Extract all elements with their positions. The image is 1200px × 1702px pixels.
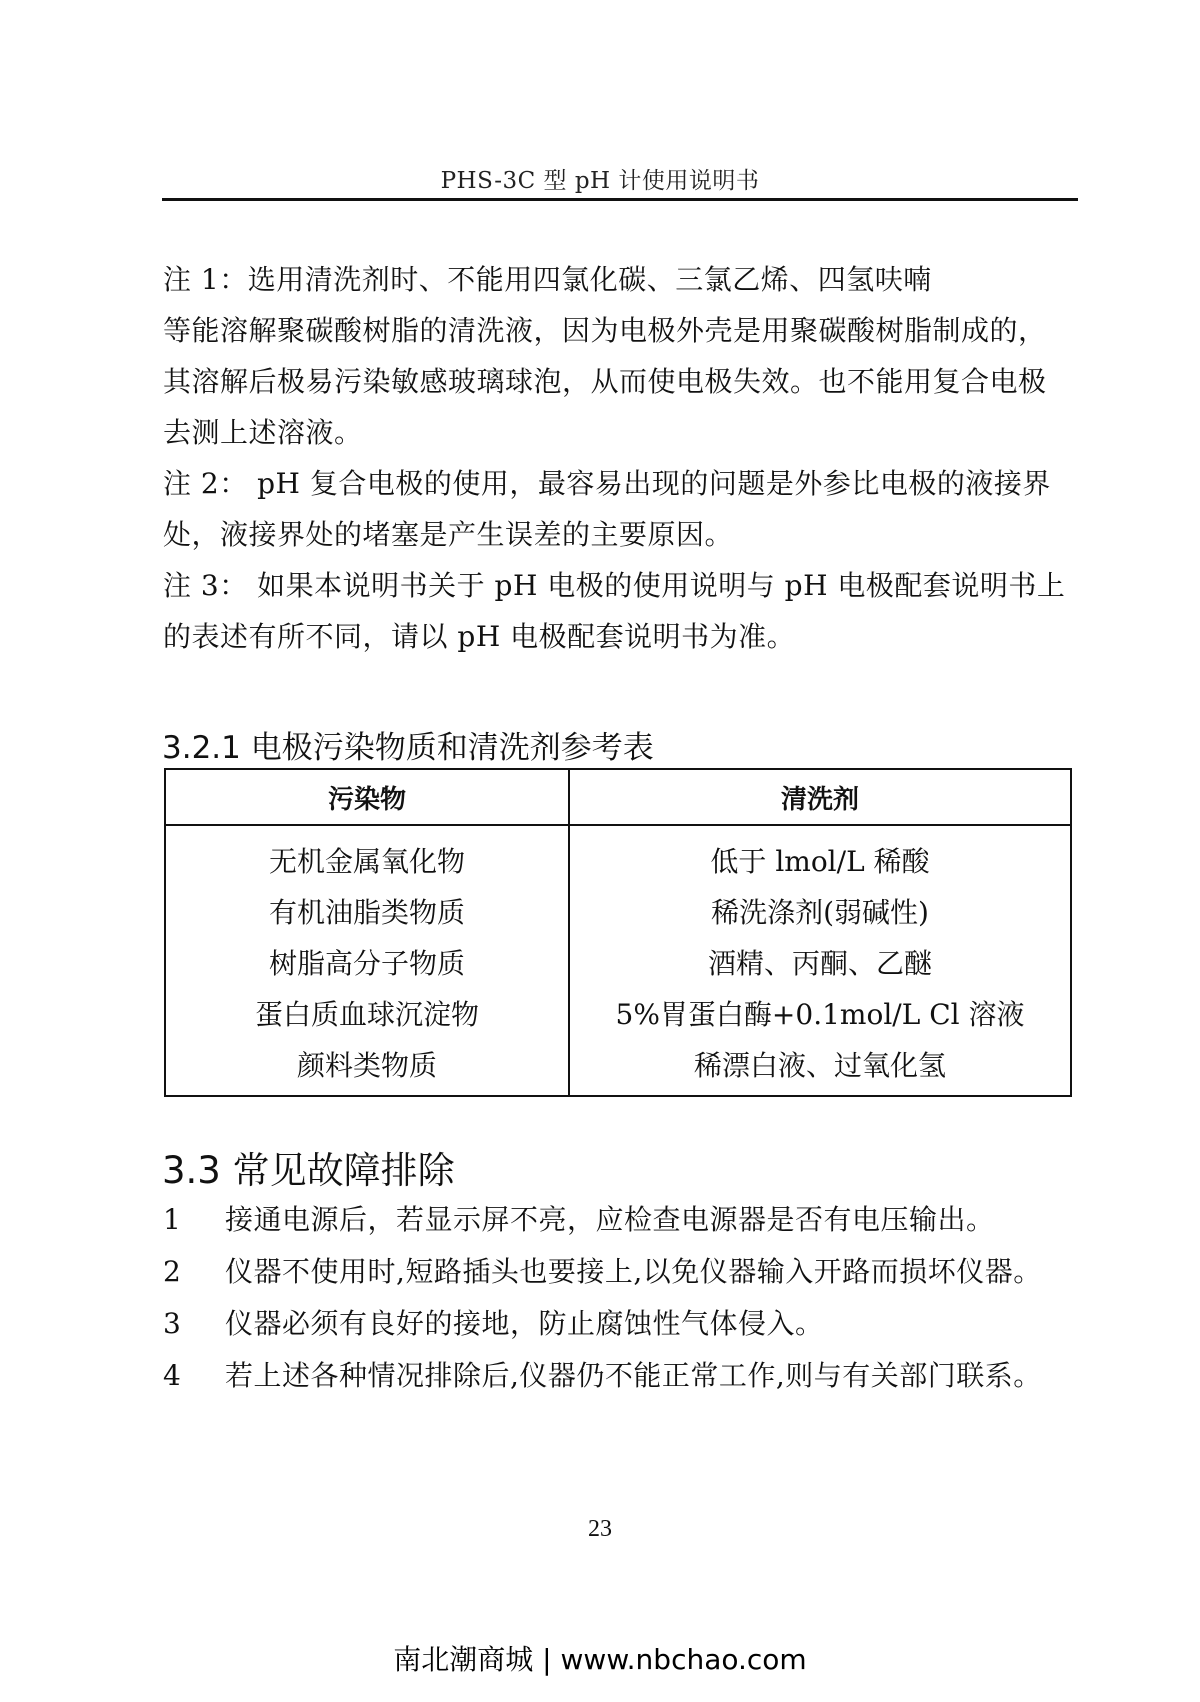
cell-contaminant: 颜料类物质 — [165, 1038, 569, 1096]
note-1-line-3: 其溶解后极易污染敏感玻璃球泡，从而使电极失效。也不能用复合电极 — [163, 356, 1083, 408]
footer-watermark: 南北潮商城 | www.nbchao.com — [0, 1638, 1200, 1678]
table-row: 树脂高分子物质 酒精、丙酮、乙醚 — [165, 936, 1071, 987]
list-item: 2仪器不使用时,短路插头也要接上,以免仪器输入开路而损坏仪器。 — [163, 1250, 1042, 1290]
table-header-row: 污染物 清洗剂 — [165, 769, 1071, 825]
note-1-line-4: 去测上述溶液。 — [163, 407, 1083, 459]
note-2-line-1: 注 2： pH 复合电极的使用，最容易出现的问题是外参比电极的液接界 — [163, 458, 1083, 510]
header-rule — [162, 198, 1078, 201]
section-3-3-heading: 3.3 常见故障排除 — [162, 1140, 455, 1194]
list-item-text: 仪器必须有良好的接地，防止腐蚀性气体侵入。 — [225, 1307, 824, 1340]
list-item: 3仪器必须有良好的接地，防止腐蚀性气体侵入。 — [163, 1302, 824, 1342]
cell-contaminant: 有机油脂类物质 — [165, 885, 569, 936]
cell-cleaner: 稀洗涤剂(弱碱性) — [569, 885, 1071, 936]
list-item-number: 3 — [163, 1307, 225, 1340]
table-row: 蛋白质血球沉淀物 5%胃蛋白酶+0.1mol/L Cl 溶液 — [165, 987, 1071, 1038]
list-item: 4若上述各种情况排除后,仪器仍不能正常工作,则与有关部门联系。 — [163, 1354, 1042, 1394]
list-item-text: 若上述各种情况排除后,仪器仍不能正常工作,则与有关部门联系。 — [225, 1359, 1042, 1392]
running-header-title: PHS-3C 型 pH 计使用说明书 — [0, 162, 1200, 195]
list-item: 1接通电源后，若显示屏不亮，应检查电源器是否有电压输出。 — [163, 1198, 995, 1238]
table-row: 有机油脂类物质 稀洗涤剂(弱碱性) — [165, 885, 1071, 936]
list-item-number: 4 — [163, 1359, 225, 1392]
note-1-line-2: 等能溶解聚碳酸树脂的清洗液，因为电极外壳是用聚碳酸树脂制成的， — [163, 305, 1083, 357]
note-2-line-2: 处，液接界处的堵塞是产生误差的主要原因。 — [163, 509, 1083, 561]
column-header-cleaner: 清洗剂 — [569, 769, 1071, 825]
cell-cleaner: 低于 lmol/L 稀酸 — [569, 825, 1071, 885]
note-1-line-1: 注 1：选用清洗剂时、不能用四氯化碳、三氯乙烯、四氢呋喃 — [163, 254, 1083, 306]
list-item-number: 1 — [163, 1203, 225, 1236]
list-item-number: 2 — [163, 1255, 225, 1288]
page-number: 23 — [0, 1516, 1200, 1543]
contaminant-cleaner-table: 污染物 清洗剂 无机金属氧化物 低于 lmol/L 稀酸 有机油脂类物质 稀洗涤… — [164, 768, 1072, 1097]
cell-contaminant: 树脂高分子物质 — [165, 936, 569, 987]
section-3-2-1-heading: 3.2.1 电极污染物质和清洗剂参考表 — [162, 722, 654, 767]
note-3-line-1: 注 3： 如果本说明书关于 pH 电极的使用说明与 pH 电极配套说明书上 — [163, 560, 1083, 612]
cell-cleaner: 稀漂白液、过氧化氢 — [569, 1038, 1071, 1096]
cell-cleaner: 5%胃蛋白酶+0.1mol/L Cl 溶液 — [569, 987, 1071, 1038]
list-item-text: 接通电源后，若显示屏不亮，应检查电源器是否有电压输出。 — [225, 1203, 995, 1236]
table-row: 颜料类物质 稀漂白液、过氧化氢 — [165, 1038, 1071, 1096]
cell-contaminant: 蛋白质血球沉淀物 — [165, 987, 569, 1038]
cell-cleaner: 酒精、丙酮、乙醚 — [569, 936, 1071, 987]
list-item-text: 仪器不使用时,短路插头也要接上,以免仪器输入开路而损坏仪器。 — [225, 1255, 1042, 1288]
column-header-contaminant: 污染物 — [165, 769, 569, 825]
table-row: 无机金属氧化物 低于 lmol/L 稀酸 — [165, 825, 1071, 885]
note-3-line-2: 的表述有所不同，请以 pH 电极配套说明书为准。 — [163, 611, 1083, 663]
cell-contaminant: 无机金属氧化物 — [165, 825, 569, 885]
